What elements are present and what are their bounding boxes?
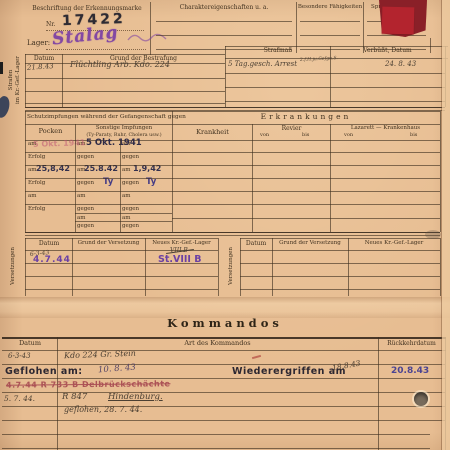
rule-line — [57, 337, 58, 450]
versetzungen-side-label-right: Versetzungen — [228, 238, 235, 294]
stamp-pocken-date: 5 Okt. 1941 — [33, 138, 86, 149]
wiederergriffen-date: 18.8.43 — [331, 359, 361, 373]
erfolg-label: Erfolg — [28, 154, 45, 161]
rule-line — [330, 46, 331, 107]
kommando-datum-2: 5. 7. 44. — [4, 394, 35, 403]
rule-line — [25, 54, 26, 107]
rule-line — [25, 91, 225, 92]
red-sticker — [382, 7, 415, 35]
rule-line — [2, 434, 430, 435]
pow-record-card: Beschriftung der Erkennungsmarke Nr. 174… — [0, 0, 450, 450]
rule-line — [156, 35, 292, 36]
rule-line — [25, 103, 225, 104]
col-header-charakter: Charaktereigenschaften u. a. — [152, 4, 296, 11]
strafen-header-verbuesst: Verbüßt, Datum — [330, 47, 445, 54]
rule-line — [225, 101, 445, 102]
rule-line — [25, 111, 440, 112]
erfolg-label: Erfolg — [28, 206, 45, 213]
lazarett-bis-label: bis — [410, 132, 417, 139]
versetzungen-header-lager: Neues Kr.-Gef.-Lager — [145, 240, 218, 247]
gegen-label: gegen — [122, 223, 139, 230]
rule-line — [330, 124, 331, 232]
rule-line — [240, 238, 440, 239]
gegen-label: gegen — [77, 223, 94, 230]
lager-label: Lager: — [27, 40, 50, 47]
rule-line — [378, 337, 379, 450]
rule-line — [25, 107, 445, 108]
stamp-rueckkehr-date: 20.8.43 — [391, 366, 429, 376]
rule-line — [300, 35, 360, 36]
rule-line — [240, 276, 440, 277]
rule-line — [172, 178, 440, 179]
rule-line — [172, 204, 440, 205]
rule-line — [252, 124, 253, 232]
strafen-strafmass-value: 5 Tag.gesch. Arrest — [228, 60, 297, 68]
strafen-grund-value: Flüchtling Arb. Kdo. 224 — [70, 60, 170, 69]
versetzungen-header-grund-r: Grund der Versetzung — [272, 240, 348, 247]
rule-line — [75, 221, 172, 222]
rule-line — [240, 250, 440, 251]
am-label: am — [77, 193, 86, 200]
rule-line — [172, 191, 440, 192]
rule-line — [172, 152, 440, 153]
stamp-versetzung-lager: St.VIII B — [158, 254, 202, 265]
gegen-label: gegen — [122, 206, 139, 213]
stamp-sonstige-date: 5 Okt. 1941 — [86, 138, 142, 148]
versetzungen-header-datum-r: Datum — [240, 240, 272, 247]
punch-hole — [414, 392, 428, 406]
edge-mark — [0, 62, 3, 74]
strafen-datum-value: 21.8.43 — [27, 62, 54, 72]
gegen-label: gegen — [122, 180, 139, 187]
dotted-line — [46, 49, 146, 50]
revier-von-label: von — [260, 132, 269, 139]
rule-line — [172, 111, 173, 232]
sonstige-header: Sonstige Impfungen — [76, 125, 172, 132]
strafen-side-label: Strafen im Kr.-Gef.-Lager — [8, 53, 22, 107]
gegen-label: gegen — [122, 154, 139, 161]
kommandos-title: Kommandos — [150, 320, 300, 327]
versetzungen-header-grund: Grund der Versetzung — [72, 240, 145, 247]
rule-line — [25, 165, 172, 166]
red-pen-dash — [252, 355, 261, 359]
versetzungen-side-label-left: Versetzungen — [10, 238, 17, 294]
fold-crease — [0, 297, 450, 318]
nr-label: Nr. — [46, 21, 55, 28]
krankheit-header: Krankheit — [173, 129, 252, 136]
versetzungen-header-datum: Datum — [26, 240, 72, 247]
stamp-wiederergriffen-am: Wiederergriffen am — [232, 366, 346, 377]
kommando-datum-1: 6-3-43 — [8, 352, 31, 360]
col-header-faehigkeiten: Besondere Fähigkeiten — [297, 4, 363, 11]
rule-line — [272, 238, 273, 296]
rule-line — [156, 21, 292, 22]
kommando-art-2b: Hindenburg. — [108, 392, 163, 402]
gegen-label: gegen — [77, 206, 94, 213]
kommandos-header-datum: Datum — [3, 340, 57, 347]
rule-line — [225, 87, 445, 88]
revier-header: Revier — [253, 125, 330, 132]
kommandos-header-art: Art des Kommandos — [57, 340, 378, 347]
strafen-header-datum: Datum — [26, 55, 62, 62]
revier-bis-label: bis — [302, 132, 309, 139]
rule-line — [172, 165, 440, 166]
impfungen-header: Schutzimpfungen während der Gefangenscha… — [27, 114, 172, 121]
lazarett-header: Lazarett — Krankenhaus — [331, 125, 440, 132]
stamp-versetzung-datum: 4.7.44 — [33, 255, 71, 265]
rule-line — [25, 111, 26, 232]
paper-edge-strip — [442, 0, 450, 450]
strafen-side-label-2: im Kr.-Gef.-Lager — [15, 53, 22, 107]
erkrankungen-header: Erkrankungen — [172, 113, 440, 120]
rule-line — [62, 54, 63, 107]
rule-line — [25, 276, 218, 277]
rule-line — [25, 289, 218, 290]
stamp-flourish — [126, 30, 168, 48]
pocken-header: Pocken — [26, 128, 75, 135]
rule-line — [25, 178, 172, 179]
rule-line — [348, 238, 349, 296]
rule-line — [240, 289, 440, 290]
idtag-header: Beschriftung der Erkennungsmarke — [27, 5, 147, 12]
rule-line — [120, 140, 121, 232]
rule-line — [25, 238, 218, 239]
strafen-strafmass-note: 2.f.H.ju.Gefgn.S. — [300, 56, 338, 63]
versetzungen-header-lager-r: Neues Kr.-Gef.-Lager — [348, 240, 440, 247]
rule-line — [75, 213, 172, 214]
am-label: am — [122, 167, 131, 174]
am-label: am — [122, 193, 131, 200]
rule-line — [25, 235, 440, 236]
rule-line — [218, 238, 219, 296]
rule-line — [72, 238, 73, 296]
am-label: am — [28, 193, 37, 200]
stamp-red-kommando-struck: 4.7.44 R 733 B Delbrückschächte — [6, 379, 171, 389]
erfolg-label: Erfolg — [28, 180, 45, 187]
rule-line — [172, 218, 440, 219]
rule-line — [25, 232, 440, 233]
lazarett-von-label: von — [344, 132, 353, 139]
kommandos-header-rueckkehr: Rückkehrdatum — [378, 340, 445, 347]
rule-line — [225, 73, 445, 74]
rule-line — [75, 124, 76, 232]
rule-line — [25, 238, 26, 296]
rule-line — [240, 263, 440, 264]
rule-line — [25, 78, 225, 79]
rule-line — [225, 46, 226, 107]
rule-line — [145, 238, 146, 296]
rule-line — [300, 21, 360, 22]
geflohen-date: 10. 8. 43 — [98, 363, 136, 376]
gegen-label: gegen — [77, 180, 94, 187]
smudge — [425, 230, 441, 239]
strafen-header-strafmass: Strafmaß — [226, 47, 330, 54]
gegen-label: gegen — [77, 154, 94, 161]
kommando-art-1: Kdo 224 Gr. Stein — [64, 349, 136, 361]
strafen-verbuesst-value: 24. 8. 43 — [385, 60, 416, 68]
rule-line — [25, 191, 172, 192]
rule-line — [25, 152, 172, 153]
stamp-geflohen-am: Geflohen am: — [5, 366, 83, 377]
rule-line — [240, 238, 241, 296]
kommando-art-2a: R 847 — [62, 392, 87, 402]
kommando-geflohen-note: geflohen, 28. 7. 44. — [64, 405, 142, 414]
rule-line — [2, 448, 430, 449]
rule-line — [25, 204, 172, 205]
